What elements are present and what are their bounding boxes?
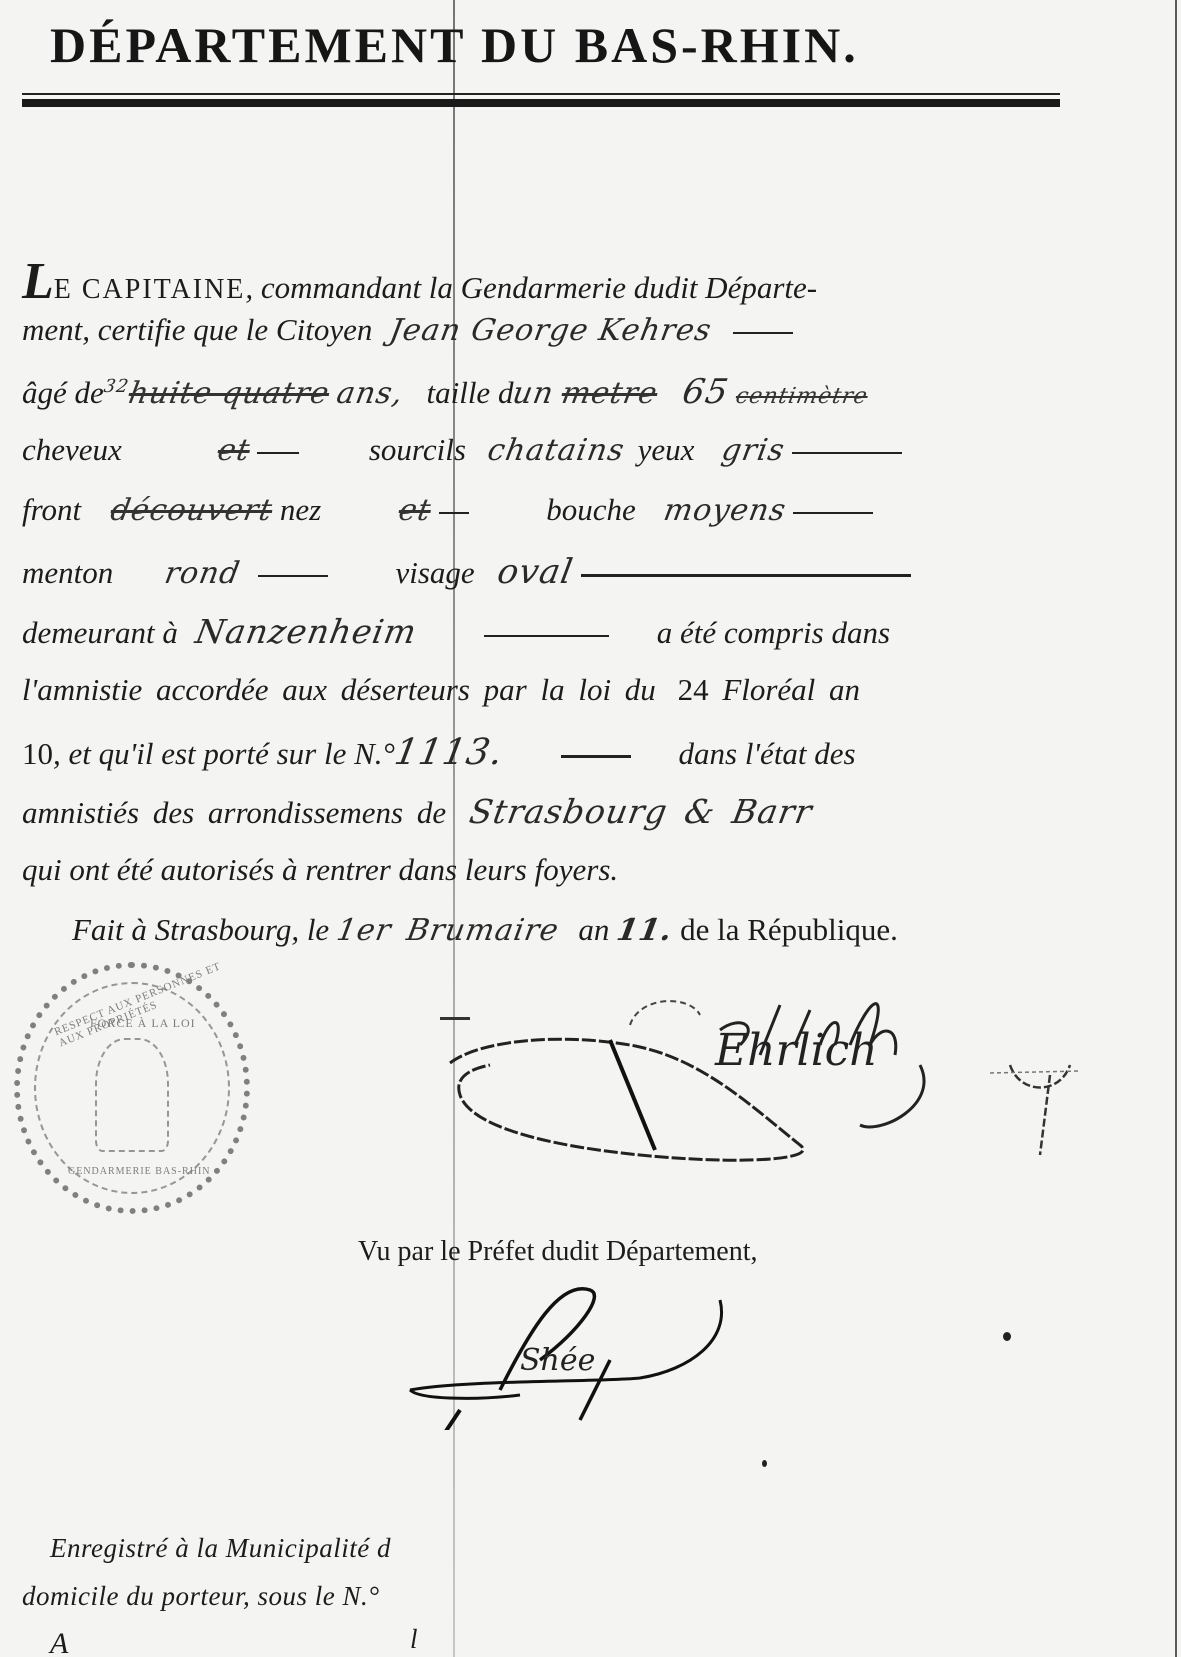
certificate-line-4: cheveux et sourcils chatains yeux gris (22, 432, 902, 468)
fill-dash (439, 512, 469, 514)
law-year: 10 (22, 736, 53, 771)
eyes-label: yeux (638, 432, 695, 467)
fill-dash (733, 332, 793, 334)
districts-value: Strasbourg & Barr (466, 792, 815, 831)
line1-text: , commandant la Gendarmerie dudit Départ… (245, 270, 817, 305)
fill-dash (793, 512, 873, 514)
certificate-line-9: 10, et qu'il est porté sur le N.°1113. d… (22, 732, 856, 773)
height-unit-struck: centimètre (734, 384, 870, 409)
fill-dash (581, 574, 911, 577)
law-month-year: Floréal an (722, 672, 860, 707)
mouth-label: bouche (546, 492, 636, 527)
registration-line-3-right: l (410, 1624, 418, 1655)
svg-text:Ehrlich: Ehrlich (714, 1025, 878, 1076)
prefect-endorsement: Vu par le Préfet dudit Département, (358, 1236, 758, 1268)
registration-line-2: domicile du porteur, sous le N.° (22, 1581, 380, 1612)
line9-text-after: dans l'état des (679, 736, 856, 771)
seal-bottom-text: GENDARMERIE BAS-RHIN (68, 1166, 211, 1177)
nose-and-struck: et (396, 493, 434, 528)
republic-text: de la République. (680, 912, 898, 947)
ink-dot (762, 1460, 767, 1467)
certificate-line-3: âgé de32huite quatre ans, taille dun met… (22, 372, 868, 412)
height-label: taille d (426, 375, 513, 410)
seated-figure-icon (95, 1038, 169, 1152)
eyes-value: gris (719, 433, 788, 468)
header-rule-thick (22, 99, 1060, 107)
forehead-label: front (22, 492, 81, 527)
fill-dash (561, 755, 631, 758)
height-prefix: un (510, 376, 557, 411)
gendarmerie-seal: RESPECT AUX PERSONNES ET AUX PROPRIÉTÉS … (14, 962, 250, 1214)
date-day: 1er (334, 913, 394, 948)
date-year: 11. (614, 913, 675, 948)
prefect-signature: Shée (400, 1270, 760, 1430)
law-day: 24 (678, 672, 709, 707)
hair-label: cheveux (22, 432, 122, 467)
certificate-line-5: front découvert nez et bouche moyens (22, 492, 873, 528)
height-value: 65 (679, 372, 731, 412)
line10-text: amnistiés des arrondissemens de (22, 795, 446, 830)
age-label: âgé de (22, 375, 104, 410)
registration-line-1: Enregistré à la Municipalité d (50, 1533, 391, 1564)
seal-inner-text: FORCE À LA LOI (90, 1016, 196, 1031)
date-an: an (578, 912, 609, 947)
age-unit: ans, (334, 376, 406, 411)
certificate-line-2: ment, certifie que le Citoyen Jean Georg… (22, 312, 793, 348)
face-value: oval (495, 552, 577, 592)
height-struck: metre (559, 376, 661, 411)
certificate-line-12: Fait à Strasbourg, le 1er Brumaire an 11… (72, 912, 898, 948)
age-struck: huite quatre (126, 376, 332, 411)
chin-value: rond (162, 556, 243, 591)
ink-dot (1003, 1332, 1011, 1341)
page-title: DÉPARTEMENT DU BAS-RHIN. (50, 16, 859, 74)
certificate-line-7: demeurant à Nanzenheim a été compris dan… (22, 612, 890, 651)
mouth-value: moyens (660, 493, 788, 528)
header-rule-thin (22, 93, 1060, 95)
certificate-line-1: LE CAPITAINE, commandant la Gendarmerie … (22, 252, 817, 311)
certificate-line-6: menton rond visage oval (22, 552, 911, 592)
certificate-line-11: qui ont été autorisés à rentrer dans leu… (22, 852, 618, 888)
age-superscript: 32 (102, 376, 131, 397)
document-page: DÉPARTEMENT DU BAS-RHIN. LE CAPITAINE, c… (0, 0, 1181, 1657)
line9-text: , et qu'il est porté sur le N.° (53, 736, 395, 771)
date-month: Brumaire (404, 913, 562, 948)
register-number: 1113. (391, 732, 506, 773)
fill-dash (258, 575, 328, 577)
nose-label: nez (280, 492, 321, 527)
face-label: visage (395, 555, 474, 590)
certificate-line-10: amnistiés des arrondissemens de Strasbou… (22, 792, 812, 831)
place-date-text: Fait à Strasbourg, le (72, 912, 329, 947)
certificate-line-8: l'amnistie accordée aux déserteurs par l… (22, 672, 860, 708)
captain-signature: Ehrlich (440, 985, 1080, 1175)
brows-label: sourcils (369, 432, 466, 467)
line2-text: ment, certifie que le Citoyen (22, 312, 372, 347)
svg-text:Shée: Shée (520, 1343, 595, 1378)
registration-line-3-left: A (50, 1627, 69, 1657)
hair-and-struck: et (214, 433, 252, 468)
line7-text: a été compris dans (657, 615, 890, 650)
fill-dash (792, 452, 902, 454)
dropcap: L (22, 253, 54, 310)
page-edge (1175, 0, 1177, 1657)
fill-dash (484, 635, 609, 637)
citizen-name-handwritten: Jean George Kehres (387, 313, 714, 348)
forehead-value: découvert (108, 493, 275, 528)
title-smallcaps: E CAPITAINE (54, 274, 246, 305)
chin-label: menton (22, 555, 113, 590)
residence-value: Nanzenheim (192, 612, 419, 651)
brows-value: chatains (485, 433, 627, 468)
line8-text: l'amnistie accordée aux déserteurs par l… (22, 672, 656, 707)
residence-label: demeurant à (22, 615, 178, 650)
fill-dash (257, 452, 299, 454)
